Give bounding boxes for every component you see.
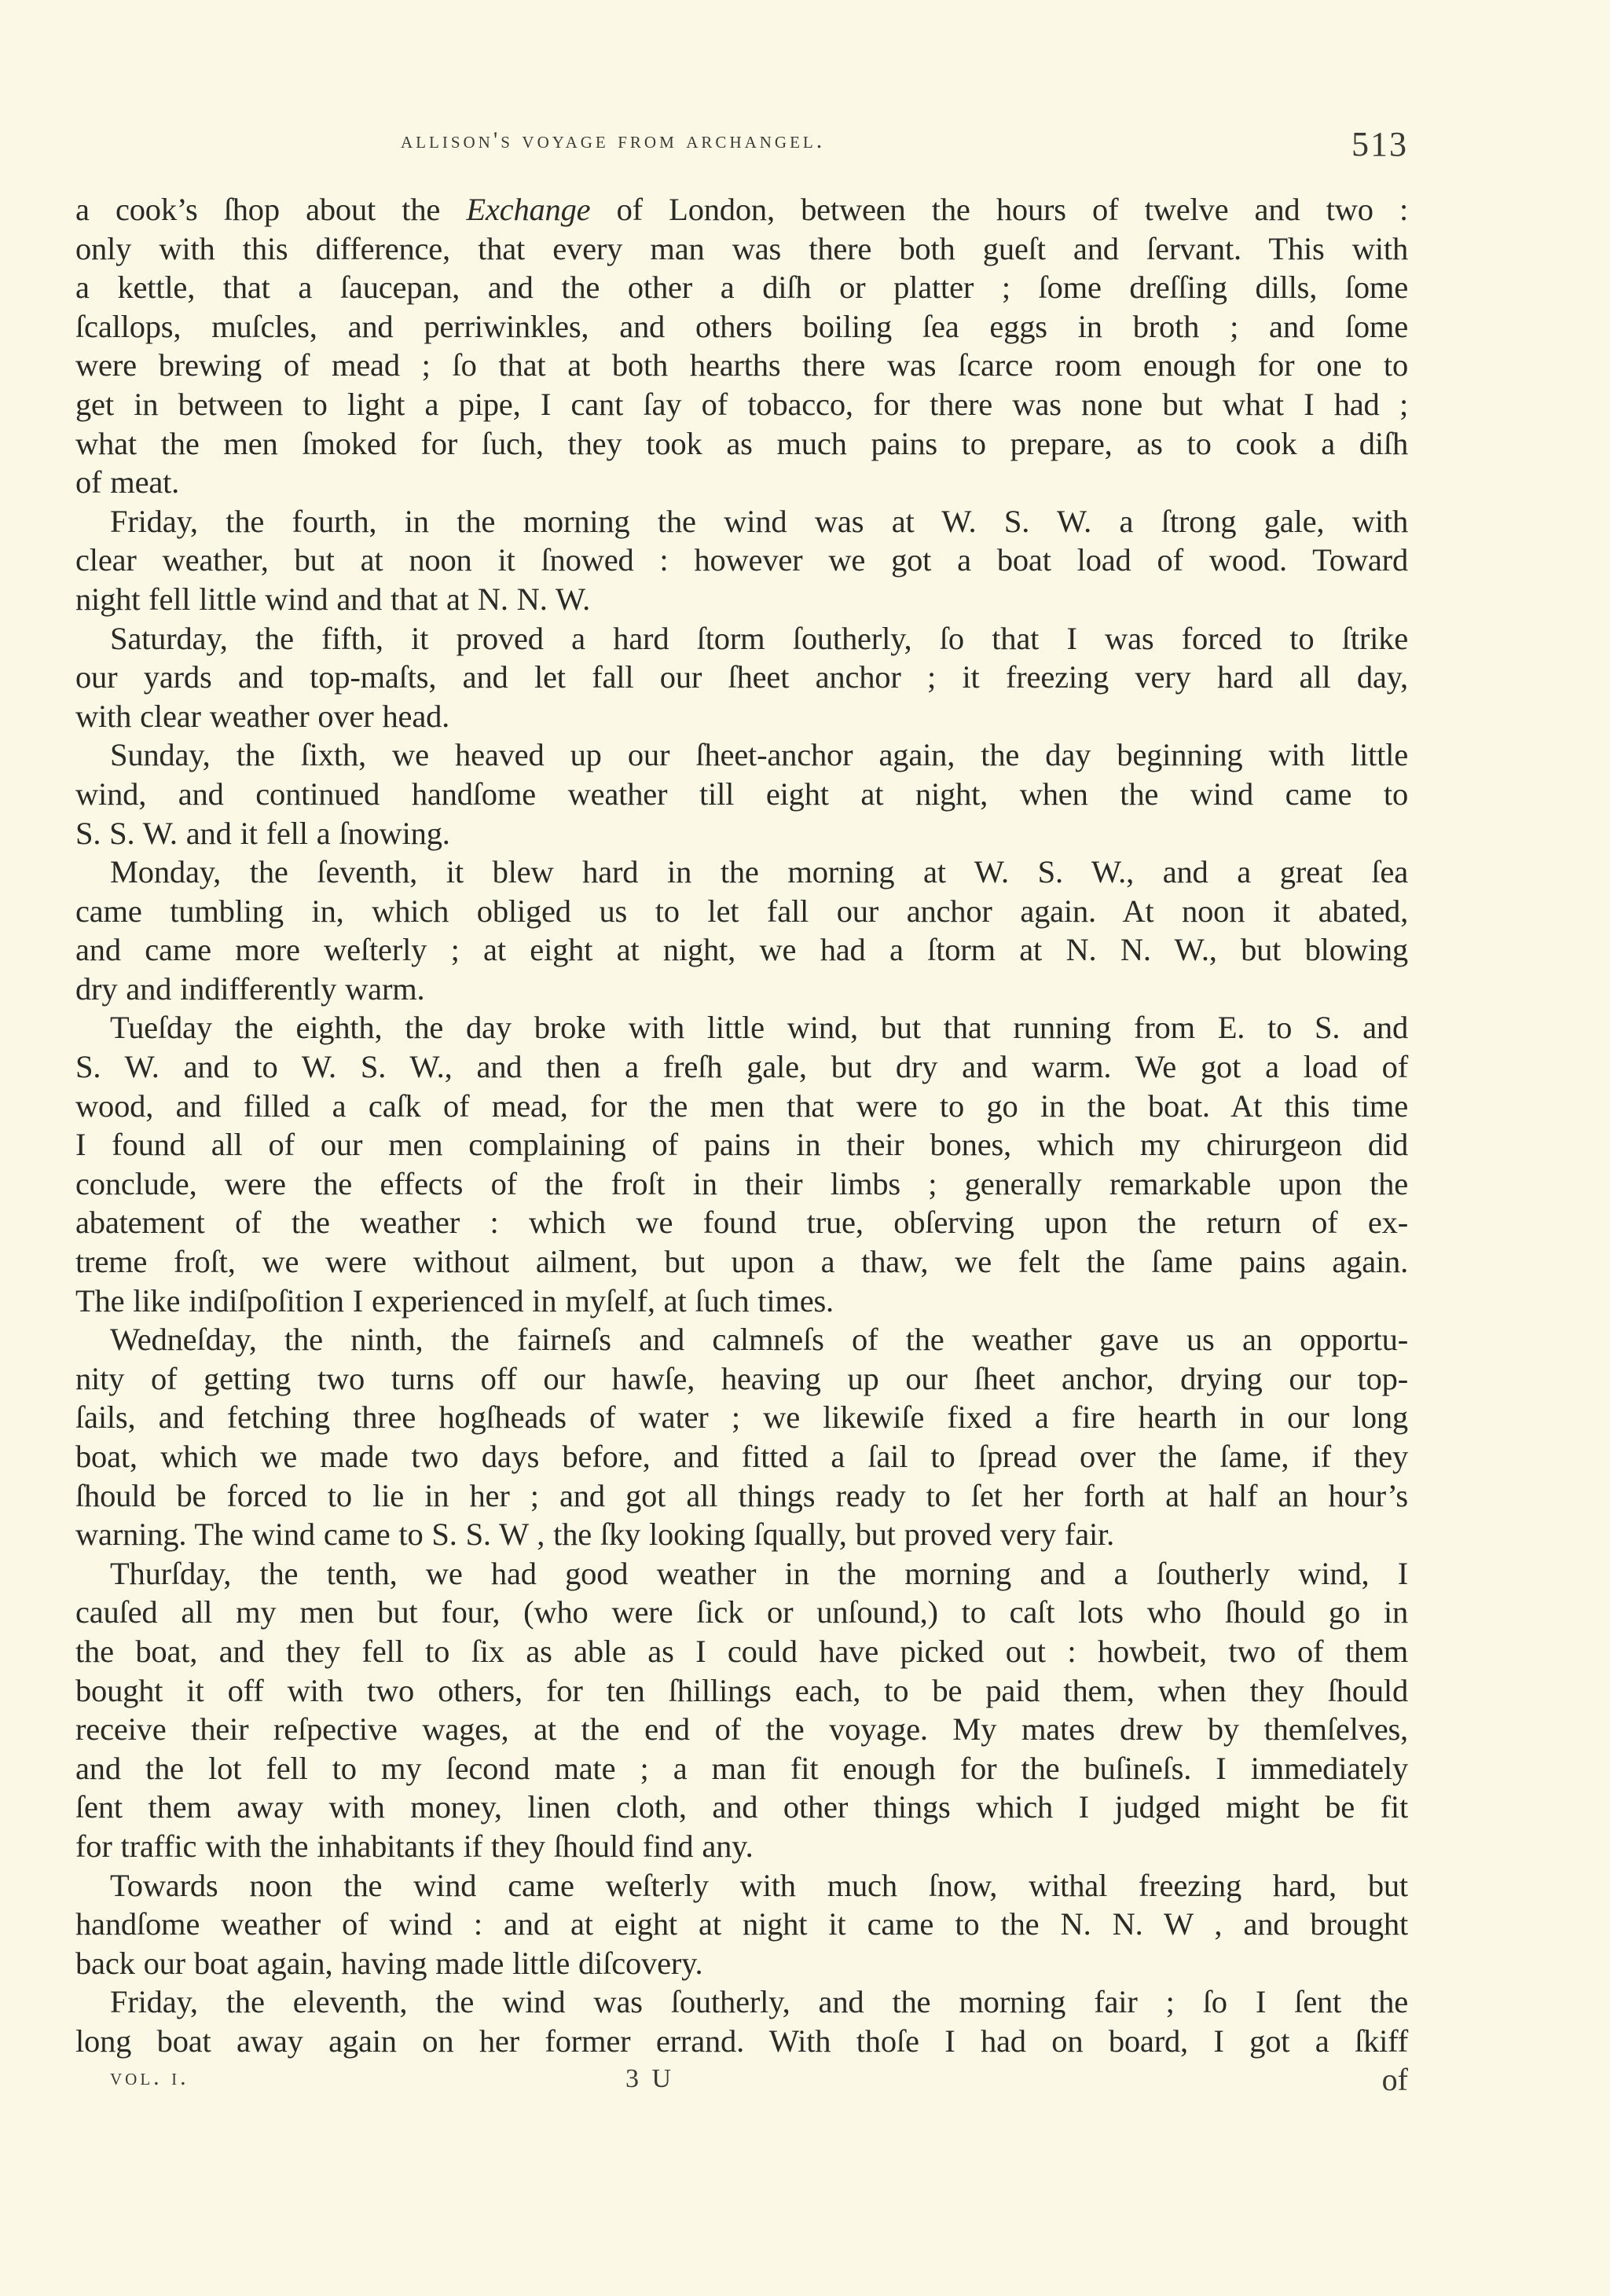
text-line: back our boat again, having made little … (75, 1944, 1408, 1983)
volume-label: VOL. I. (110, 2064, 189, 2091)
text-line: Friday, the eleventh, the wind was ſouth… (75, 1982, 1408, 2022)
text-line: our yards and top-maſts, and let fall ou… (75, 658, 1408, 697)
text-segment: of London, between the hours of twelve a… (590, 192, 1408, 227)
text-line: S. S. W. and it fell a ſnowing. (75, 814, 1408, 853)
text-line: I found all of our men complaining of pa… (75, 1125, 1408, 1165)
text-line: a kettle, that a ſaucepan, and the other… (75, 268, 1408, 307)
text-line: nity of getting two turns off our hawſe,… (75, 1359, 1408, 1399)
text-line: of meat. (75, 463, 1408, 502)
running-head: ALLISON'S VOYAGE FROM ARCHANGEL. 513 (75, 118, 1408, 189)
text-line: Saturday, the fifth, it proved a hard ſt… (75, 619, 1408, 658)
text-line: and the lot fell to my ſecond mate ; a m… (75, 1749, 1408, 1788)
text-line: boat, which we made two days before, and… (75, 1437, 1408, 1476)
text-line: bought it off with two others, for ten ſ… (75, 1671, 1408, 1711)
text-line: with clear weather over head. (75, 697, 1408, 736)
text-line: Thurſday, the tenth, we had good weather… (75, 1554, 1408, 1594)
text-line: abatement of the weather : which we foun… (75, 1203, 1408, 1242)
text-line: night fell little wind and that at N. N.… (75, 580, 1408, 619)
text-line: Wedneſday, the ninth, the fairneſs and c… (75, 1320, 1408, 1359)
text-line: Sunday, the ſixth, we heaved up our ſhee… (75, 735, 1408, 775)
text-line: for traffic with the inhabitants if they… (75, 1827, 1408, 1866)
body-text: a cook’s ſhop about the Exchange of Lond… (75, 190, 1408, 2061)
text-line: Monday, the ſeventh, it blew hard in the… (75, 853, 1408, 892)
signature-mark: 3 U (625, 2064, 674, 2094)
text-line: a cook’s ſhop about the Exchange of Lond… (75, 190, 1408, 229)
text-line: Towards noon the wind came weſterly with… (75, 1866, 1408, 1905)
text-line: ſhould be forced to lie in her ; and got… (75, 1476, 1408, 1516)
text-line: the boat, and they fell to ſix as able a… (75, 1632, 1408, 1671)
text-line: only with this difference, that every ma… (75, 229, 1408, 269)
text-line: get in between to light a pipe, I cant ſ… (75, 385, 1408, 424)
text-line: clear weather, but at noon it ſnowed : h… (75, 541, 1408, 580)
text-line: Tueſday the eighth, the day broke with l… (75, 1008, 1408, 1047)
text-line: came tumbling in, which obliged us to le… (75, 892, 1408, 931)
text-line: treme froſt, we were without ailment, bu… (75, 1242, 1408, 1282)
text-line: wind, and continued handſome weather til… (75, 775, 1408, 814)
text-line: wood, and filled a caſk of mead, for the… (75, 1087, 1408, 1126)
running-title: ALLISON'S VOYAGE FROM ARCHANGEL. (401, 127, 825, 154)
text-segment: a cook’s ſhop about the (75, 192, 466, 227)
text-line: The like indiſpoſition I experienced in … (75, 1282, 1408, 1321)
text-line: ſails, and fetching three hogſheads of w… (75, 1398, 1408, 1437)
page-footer: VOL. I. 3 U of (75, 2061, 1408, 2108)
text-line: what the men ſmoked for ſuch, they took … (75, 424, 1408, 464)
book-page: ALLISON'S VOYAGE FROM ARCHANGEL. 513 a c… (75, 118, 1408, 2108)
page-number: 513 (1351, 124, 1408, 164)
text-line: conclude, were the effects of the froſt … (75, 1165, 1408, 1204)
text-line: handſome weather of wind : and at eight … (75, 1905, 1408, 1944)
text-line: S. W. and to W. S. W., and then a freſh … (75, 1047, 1408, 1087)
italic-term: Exchange (466, 192, 590, 227)
text-line: and came more weſterly ; at eight at nig… (75, 930, 1408, 970)
text-line: Friday, the fourth, in the morning the w… (75, 502, 1408, 541)
text-line: ſcallops, muſcles, and perriwinkles, and… (75, 307, 1408, 347)
text-line: warning. The wind came to S. S. W , the … (75, 1515, 1408, 1554)
text-line: long boat away again on her former erran… (75, 2022, 1408, 2061)
text-line: dry and indifferently warm. (75, 970, 1408, 1009)
text-line: cauſed all my men but four, (who were ſi… (75, 1593, 1408, 1632)
text-line: receive their reſpective wages, at the e… (75, 1710, 1408, 1749)
catchword: of (1382, 2061, 1408, 2098)
text-line: were brewing of mead ; ſo that at both h… (75, 346, 1408, 385)
text-line: ſent them away with money, linen cloth, … (75, 1788, 1408, 1827)
